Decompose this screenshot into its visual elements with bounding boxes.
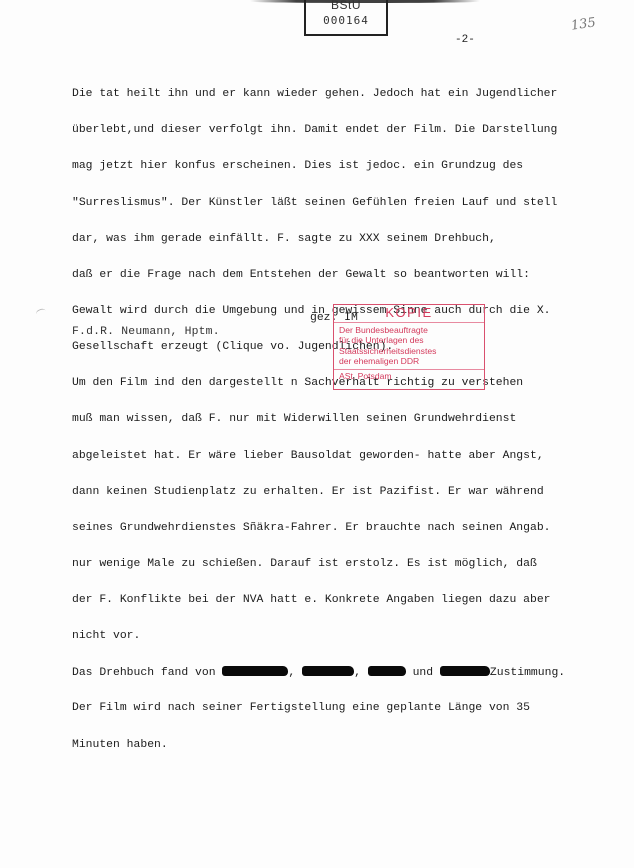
body-line: Die tat heilt ihn und er kann wieder geh…	[72, 88, 634, 100]
body-line: nicht vor.	[72, 630, 634, 642]
body-line: dar, was ihm gerade einfällt. F. sagte z…	[72, 233, 634, 245]
copy-stamp: KOPIE Der Bundesbeauftragte für die Unte…	[333, 304, 485, 390]
copy-stamp-title: KOPIE	[334, 305, 484, 321]
copy-stamp-agency-line: Der Bundesbeauftragte	[339, 325, 484, 335]
approval-line: Das Drehbuch fand von , , und Zustimmung…	[72, 666, 634, 678]
redaction-bar	[302, 666, 354, 676]
body-line: dann keinen Studienplatz zu erhalten. Er…	[72, 486, 634, 498]
body-line: muß man wissen, daß F. nur mit Widerwill…	[72, 413, 634, 425]
archive-stamp: BStU 000164	[304, 0, 388, 36]
approval-prefix: Das Drehbuch fand von	[72, 667, 222, 679]
approval-separator: ,	[354, 667, 368, 679]
copy-stamp-agency-line: für die Unterlagen des	[339, 335, 484, 345]
copy-stamp-agency: Der Bundesbeauftragte für die Unterlagen…	[334, 323, 484, 367]
document-body: Die tat heilt ihn und er kann wieder geh…	[72, 64, 634, 763]
body-line: "Surreslismus". Der Künstler läßt seinen…	[72, 197, 634, 209]
archive-stamp-organization: BStU	[306, 0, 386, 11]
body-line: mag jetzt hier konfus erscheinen. Dies i…	[72, 160, 634, 172]
signature-author: F.d.R. Neumann, Hptm.	[72, 326, 220, 338]
copy-stamp-agency-line: Staatssicherheitsdienstes	[339, 346, 484, 356]
approval-separator: ,	[288, 667, 302, 679]
approval-suffix: Zustimmung.	[490, 667, 565, 679]
body-line: Der Film wird nach seiner Fertigstellung…	[72, 702, 634, 714]
copy-stamp-office: ASt. Potsdam	[334, 369, 484, 382]
redaction-bar	[440, 666, 490, 676]
page-number: -2-	[455, 34, 475, 46]
body-line: abgeleistet hat. Er wäre lieber Bausolda…	[72, 450, 634, 462]
body-line: überlebt,und dieser verfolgt ihn. Damit …	[72, 124, 634, 136]
body-line: daß er die Frage nach dem Entstehen der …	[72, 269, 634, 281]
approval-separator: und	[406, 667, 440, 679]
handwritten-folio-number: 135	[570, 15, 597, 33]
redaction-bar	[368, 666, 406, 676]
body-line: Minuten haben.	[72, 739, 634, 751]
body-line: der F. Konflikte bei der NVA hatt e. Kon…	[72, 594, 634, 606]
body-line: seines Grundwehrdienstes Sñäkra-Fahrer. …	[72, 522, 634, 534]
copy-stamp-agency-line: der ehemaligen DDR	[339, 356, 484, 366]
archive-stamp-number: 000164	[306, 14, 386, 28]
redaction-bar	[222, 666, 288, 676]
body-line: nur wenige Male zu schießen. Darauf ist …	[72, 558, 634, 570]
pencil-mark	[35, 308, 47, 318]
